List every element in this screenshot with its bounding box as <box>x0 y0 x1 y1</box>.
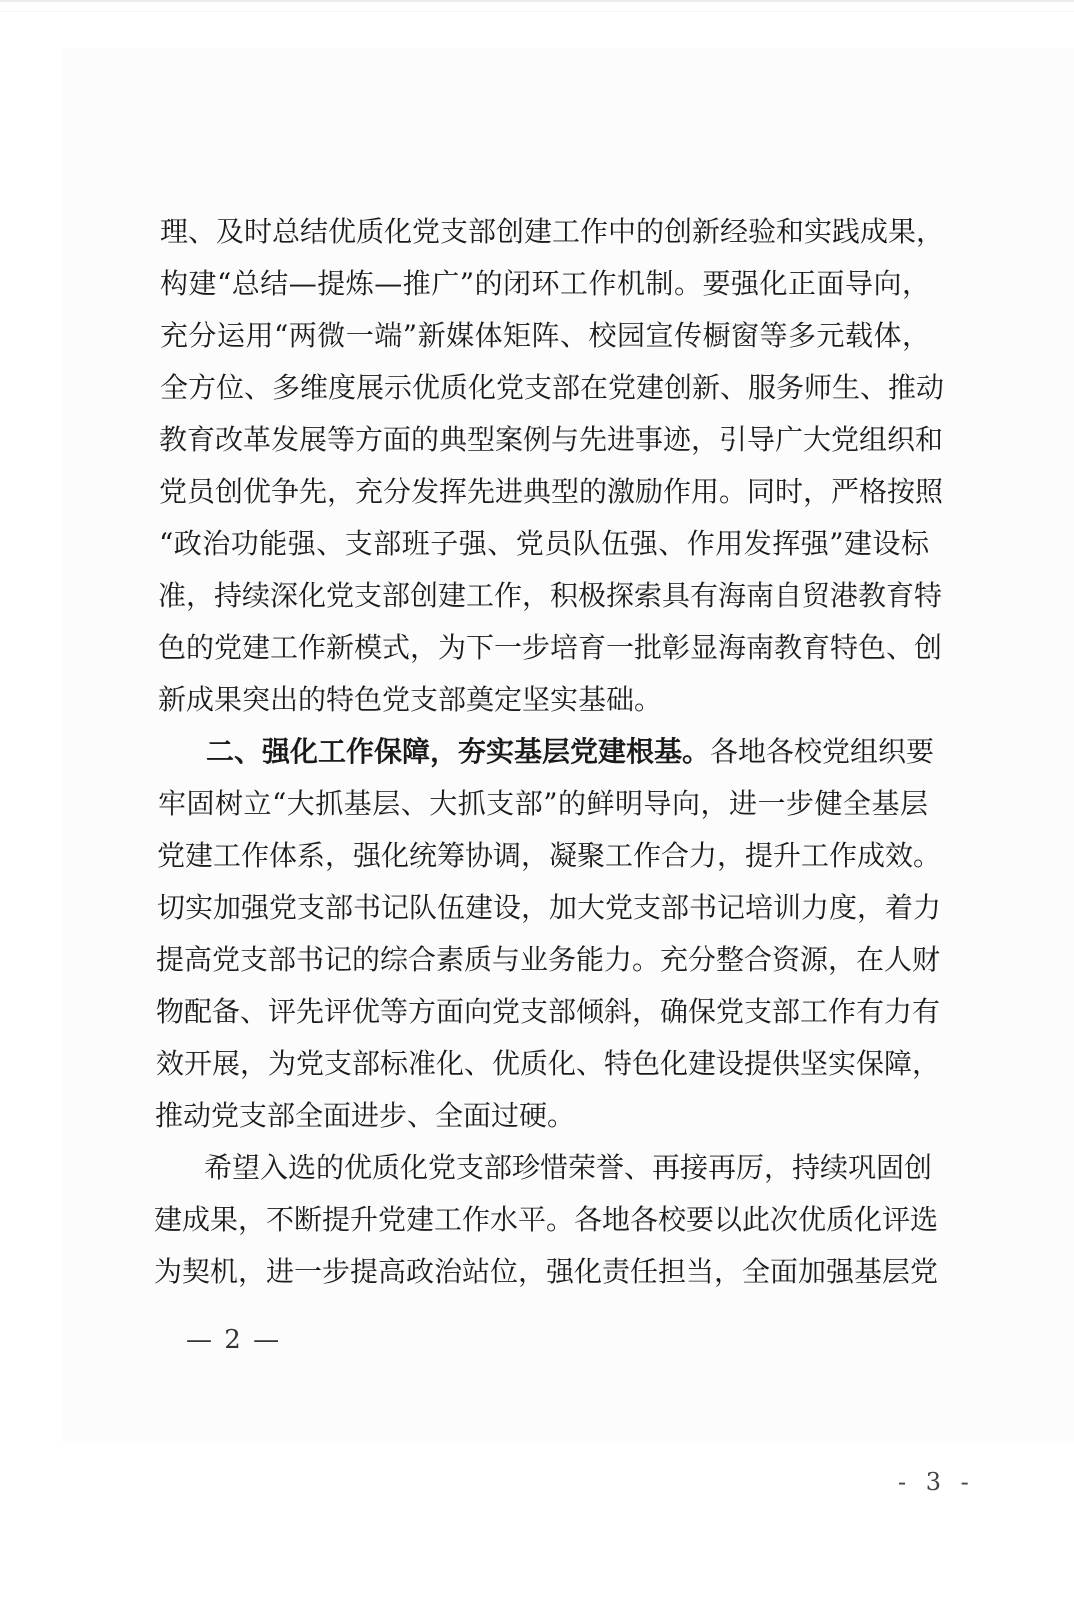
inner-page-number: — 2 — <box>186 1322 281 1358</box>
body-line: 效开展，为党支部标准化、优质化、特色化建设提供坚实保障， <box>156 1044 926 1084</box>
body-line: 色的党建工作新模式，为下一步培育一批彰显海南教育特色、创 <box>158 628 928 668</box>
body-line: “政治功能强、支部班子强、党员队伍强、作用发挥强”建设标 <box>159 524 929 564</box>
section-heading: 二、强化工作保障，夯实基层党建根基。 <box>206 735 710 768</box>
section-heading-tail: 各地各校党组织要 <box>710 735 934 768</box>
body-line: 党员创优争先，充分发挥先进典型的激励作用。同时，严格按照 <box>159 472 929 512</box>
body-line: 充分运用“两微一端”新媒体矩阵、校园宣传橱窗等多元载体， <box>160 316 930 356</box>
body-line: 党建工作体系，强化统筹协调，凝聚工作合力，提升工作成效。 <box>157 836 927 876</box>
body-line: 教育改革发展等方面的典型案例与先进事迹，引导广大党组织和 <box>159 420 929 460</box>
body-line: 希望入选的优质化党支部珍惜荣誉、再接再厉，持续巩固创 <box>204 1148 926 1188</box>
body-line: 准，持续深化党支部创建工作，积极探索具有海南自贸港教育特 <box>158 576 928 616</box>
body-line: 提高党支部书记的综合素质与业务能力。充分整合资源，在人财 <box>156 940 926 980</box>
body-line: 构建“总结—提炼—推广”的闭环工作机制。要强化正面导向， <box>160 264 930 304</box>
body-line: 全方位、多维度展示优质化党支部在党建创新、服务师生、推动 <box>160 368 930 408</box>
body-line: 牢固树立“大抓基层、大抓支部”的鲜明导向，进一步健全基层 <box>158 784 928 824</box>
body-line: 理、及时总结优质化党支部创建工作中的创新经验和实践成果， <box>160 212 930 252</box>
body-line: 建成果，不断提升党建工作水平。各地各校要以此次优质化评选 <box>154 1200 926 1240</box>
outer-page-number: - 3 - <box>898 1465 975 1499</box>
scanned-page: 理、及时总结优质化党支部创建工作中的创新经验和实践成果， 构建“总结—提炼—推广… <box>62 48 1074 1443</box>
body-line: 为契机，进一步提高政治站位，强化责任担当，全面加强基层党 <box>154 1252 926 1292</box>
body-line: 物配备、评先评优等方面向党支部倾斜，确保党支部工作有力有 <box>156 992 926 1032</box>
body-line: 推动党支部全面进步、全面过硬。 <box>155 1096 585 1136</box>
top-divider <box>0 11 1074 12</box>
section-heading-line: 二、强化工作保障，夯实基层党建根基。各地各校党组织要 <box>206 732 928 772</box>
body-line: 新成果突出的特色党支部奠定坚实基础。 <box>158 680 698 720</box>
top-edge-strip <box>0 0 1074 2</box>
body-line: 切实加强党支部书记队伍建设，加大党支部书记培训力度，着力 <box>157 888 927 928</box>
